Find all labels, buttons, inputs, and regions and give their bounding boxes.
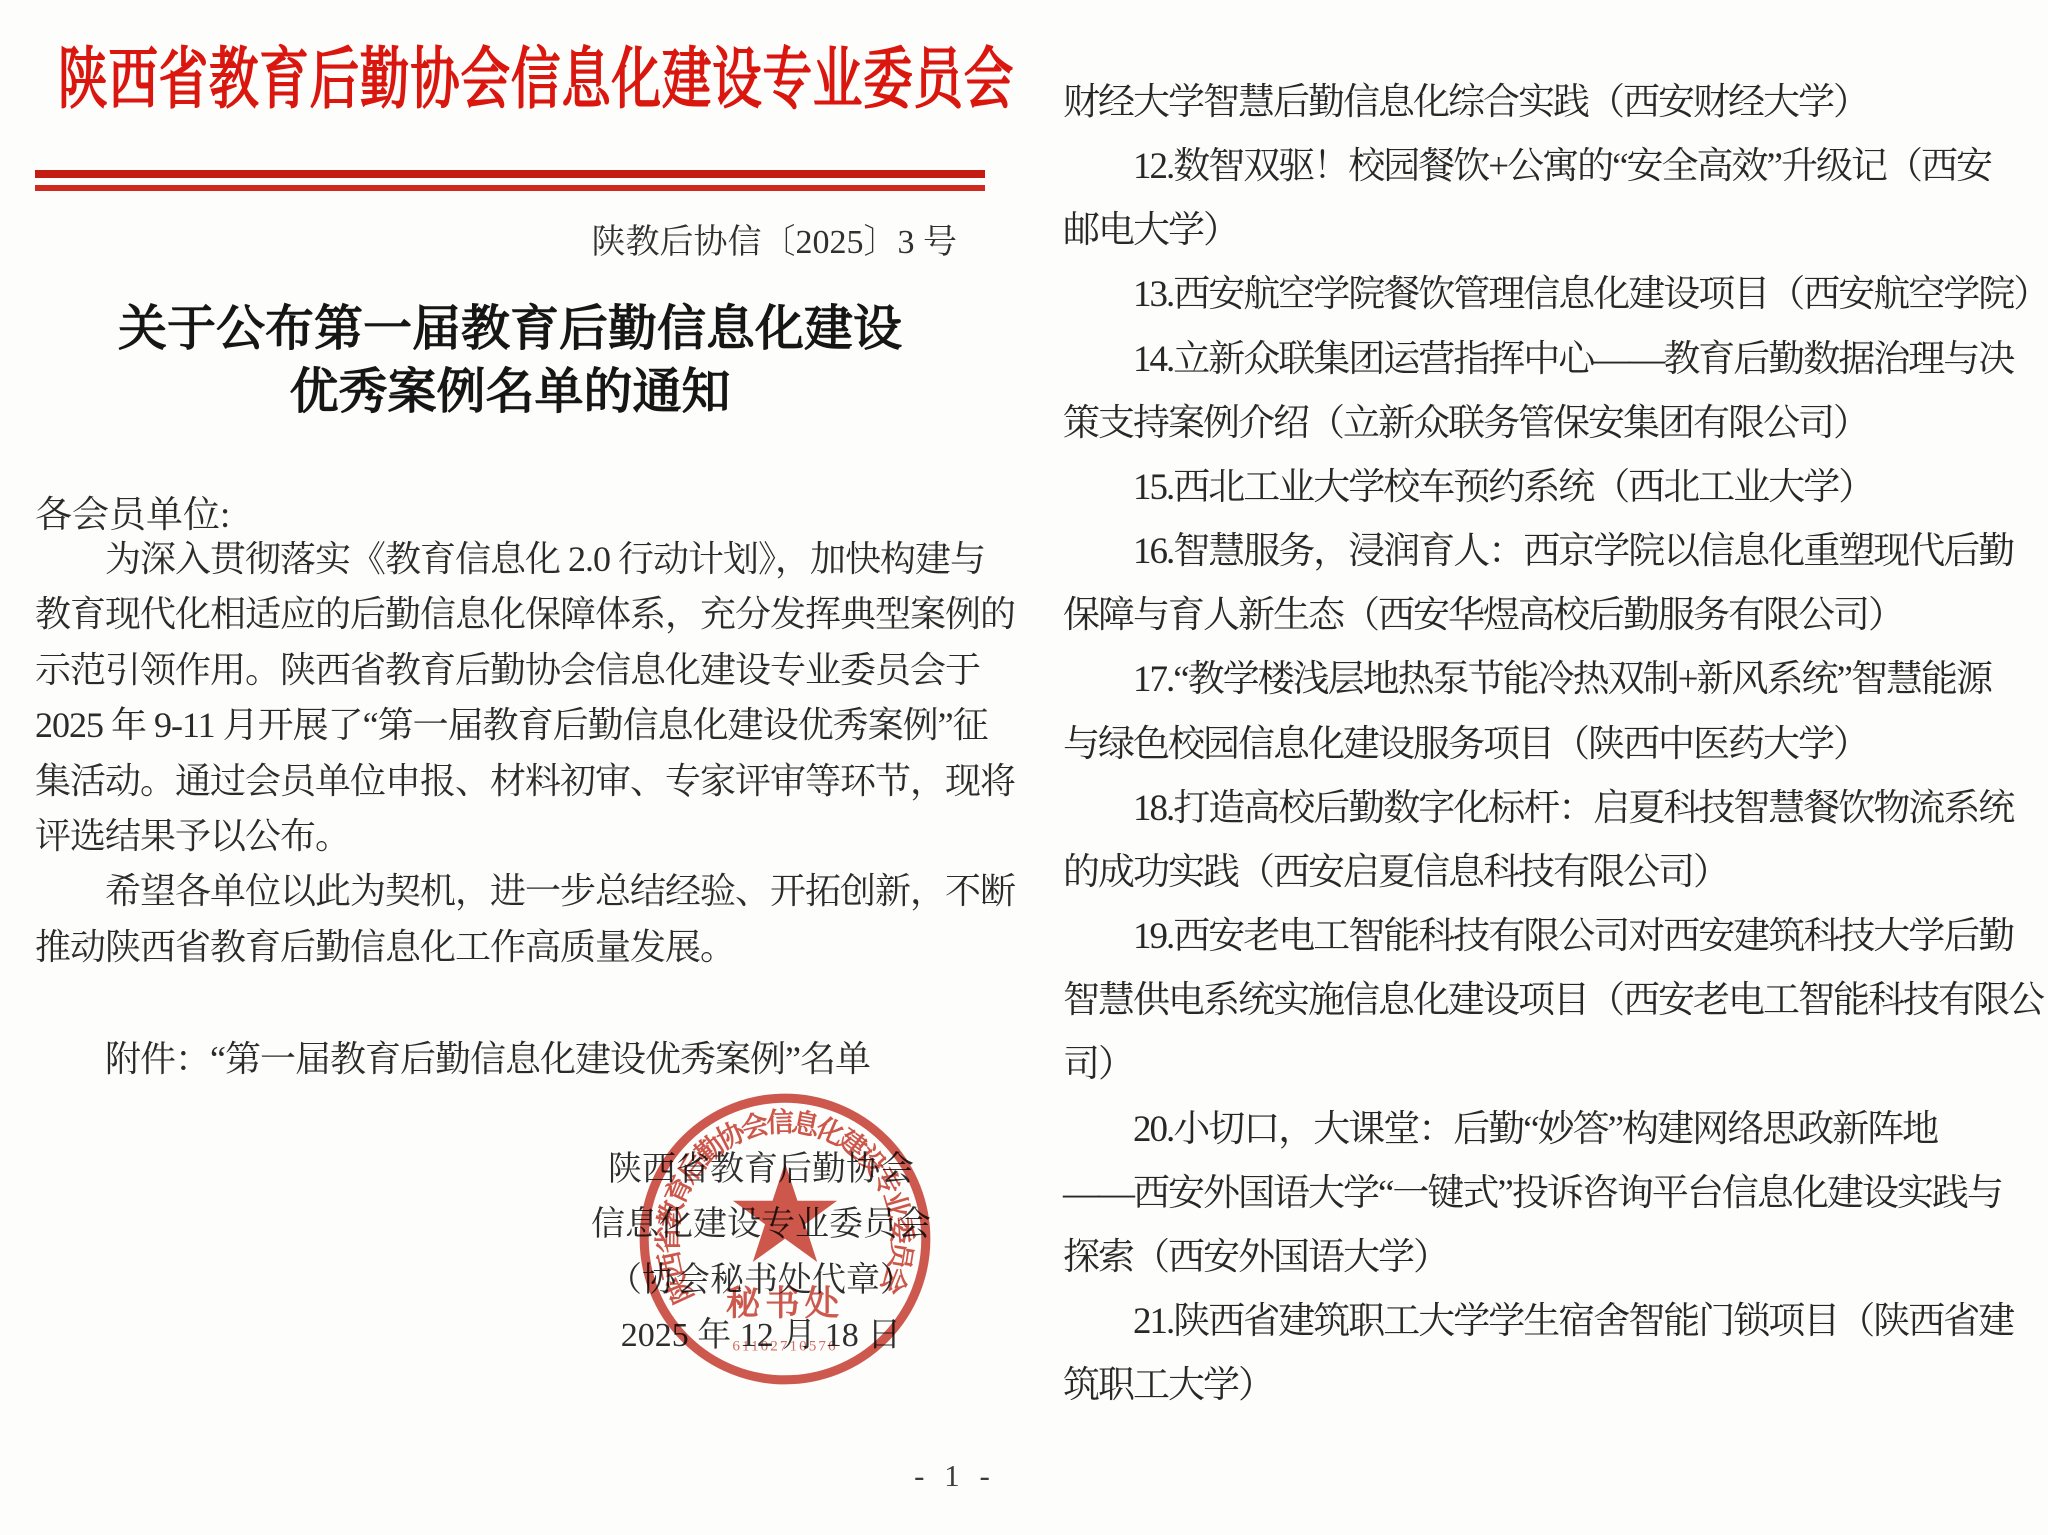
case-list-line: 智慧供电系统实施信息化建设项目（西安老电工智能科技有限公 <box>1063 969 2048 1033</box>
body-paragraphs: 为深入贯彻落实《教育信息化 2.0 行动计划》，加快构建与 教育现代化相适应的后… <box>35 532 989 975</box>
case-list-line: 16.智慧服务，浸润育人：西京学院以信息化重塑现代后勤 <box>1063 520 2048 584</box>
case-list-line: 司） <box>1063 1033 2048 1097</box>
notice-title: 关于公布第一届教育后勤信息化建设 优秀案例名单的通知 <box>35 298 985 424</box>
case-list-line: 18.打造高校后勤数字化标杆：启夏科技智慧餐饮物流系统 <box>1063 777 2048 841</box>
body-line: 教育现代化相适应的后勤信息化保障体系，充分发挥典型案例的 <box>35 587 989 642</box>
case-list-line: 12.数智双驱！校园餐饮+公寓的“安全高效”升级记（西安 <box>1063 135 2048 199</box>
salutation: 各会员单位: <box>35 484 230 538</box>
case-list-line: 的成功实践（西安启夏信息科技有限公司） <box>1063 841 2048 905</box>
notice-title-line2: 优秀案例名单的通知 <box>35 361 985 424</box>
case-list-line: 21.陕西省建筑职工大学学生宿舍智能门锁项目（陕西省建 <box>1063 1290 2048 1354</box>
seal-code: 61102710576 <box>732 1337 837 1354</box>
case-list-line: 筑职工大学） <box>1063 1354 2048 1418</box>
body-line: 2025 年 9-11 月开展了“第一届教育后勤信息化建设优秀案例”征 <box>35 698 989 753</box>
case-list-line: 20.小切口，大课堂：后勤“妙答”构建网络思政新阵地 <box>1063 1098 2048 1162</box>
official-seal-icon: 陕西省教育后勤协会信息化建设专业委员会 秘书处 61102710576 <box>630 1084 940 1394</box>
seal-star-icon <box>733 1163 837 1262</box>
case-list-line: 探索（西安外国语大学） <box>1063 1226 2048 1290</box>
case-list-line: 15.西北工业大学校车预约系统（西北工业大学） <box>1063 456 2048 520</box>
case-list-line: 保障与育人新生态（西安华煜高校后勤服务有限公司） <box>1063 584 2048 648</box>
document-number: 陕教后协信〔2025〕3 号 <box>35 214 957 263</box>
case-list-line: 邮电大学） <box>1063 199 2048 263</box>
document-page: 陕西省教育后勤协会信息化建设专业委员会 陕教后协信〔2025〕3 号 关于公布第… <box>0 0 2048 1535</box>
seal-inner-text: 秘书处 <box>726 1285 845 1323</box>
body-line: 评选结果予以公布。 <box>35 809 989 864</box>
letterhead-separator <box>35 170 985 191</box>
body-line: 推动陕西省教育后勤信息化工作高质量发展。 <box>35 920 989 975</box>
body-line: 集活动。通过会员单位申报、材料初审、专家评审等环节，现将 <box>35 754 989 809</box>
case-list-line: 与绿色校园信息化建设服务项目（陕西中医药大学） <box>1063 713 2048 777</box>
body-line: 希望各单位以此为契机，进一步总结经验、开拓创新，不断 <box>35 864 989 919</box>
page-number: - 1 - <box>850 1458 1060 1494</box>
case-list-line: ——西安外国语大学“一键式”投诉咨询平台信息化建设实践与 <box>1063 1162 2048 1226</box>
letterhead-org-title: 陕西省教育后勤协会信息化建设专业委员会 <box>58 26 1014 122</box>
attachment-line: 附件：“第一届教育后勤信息化建设优秀案例”名单 <box>35 1031 870 1082</box>
body-line: 为深入贯彻落实《教育信息化 2.0 行动计划》，加快构建与 <box>35 532 989 587</box>
case-list-line: 财经大学智慧后勤信息化综合实践（西安财经大学） <box>1063 71 2048 135</box>
case-list-line: 13.西安航空学院餐饮管理信息化建设项目（西安航空学院） <box>1063 263 2048 327</box>
notice-title-line1: 关于公布第一届教育后勤信息化建设 <box>35 298 985 361</box>
case-list-column: 财经大学智慧后勤信息化综合实践（西安财经大学） 12.数智双驱！校园餐饮+公寓的… <box>1063 71 2048 1418</box>
case-list-line: 19.西安老电工智能科技有限公司对西安建筑科技大学后勤 <box>1063 905 2048 969</box>
case-list-line: 策支持案例介绍（立新众联务管保安集团有限公司） <box>1063 392 2048 456</box>
body-line: 示范引领作用。陕西省教育后勤协会信息化建设专业委员会于 <box>35 643 989 698</box>
case-list-line: 14.立新众联集团运营指挥中心——教育后勤数据治理与决 <box>1063 328 2048 392</box>
case-list-line: 17.“教学楼浅层地热泵节能冷热双制+新风系统”智慧能源 <box>1063 648 2048 712</box>
